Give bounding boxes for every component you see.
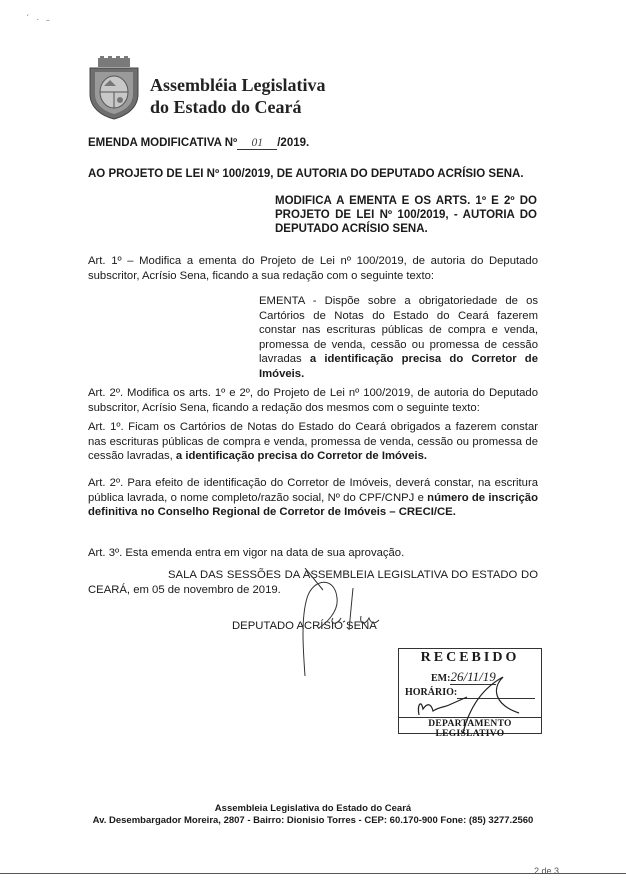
stamp-signature-icon bbox=[399, 649, 541, 733]
ementa-text: EMENTA - Dispõe sobre a obrigatoriedade … bbox=[259, 294, 538, 381]
new-article-1-bold: a identificação precisa do Corretor de I… bbox=[176, 450, 427, 462]
received-stamp: RECEBIDO EM:26/11/19 HORÁRIO: DEPARTAMEN… bbox=[398, 648, 542, 734]
amendment-number: 01 bbox=[237, 137, 277, 150]
footer-institution: Assembleia Legislativa do Estado do Cear… bbox=[0, 803, 626, 814]
new-article-2: Art. 2º. Para efeito de identificação do… bbox=[88, 476, 538, 520]
page-number: 2 de 3 bbox=[534, 866, 559, 876]
scan-marks: ˊ · ˗ bbox=[26, 14, 52, 25]
institution-name: Assembléia Legislativa do Estado do Cear… bbox=[150, 74, 326, 118]
footer-rule bbox=[0, 873, 626, 874]
document-summary: MODIFICA A EMENTA E OS ARTS. 1º E 2º DO … bbox=[275, 194, 537, 236]
title-suffix: /2019. bbox=[277, 137, 309, 149]
article-2: Art. 2º. Modifica os arts. 1º e 2º, do P… bbox=[88, 386, 538, 415]
footer-address: Av. Desembargador Moreira, 2807 - Bairro… bbox=[0, 815, 626, 826]
ceara-coat-of-arms-icon bbox=[86, 56, 142, 120]
document-subtitle: AO PROJETO DE LEI Nº 100/2019, DE AUTORI… bbox=[88, 168, 524, 180]
document-title: EMENDA MODIFICATIVA Nº01/2019. bbox=[88, 137, 309, 150]
new-article-1: Art. 1º. Ficam os Cartórios de Notas do … bbox=[88, 420, 538, 464]
article-3: Art. 3º. Esta emenda entra em vigor na d… bbox=[88, 546, 538, 561]
institution-line1: Assembléia Legislativa bbox=[150, 74, 326, 96]
institution-line2: do Estado do Ceará bbox=[150, 96, 326, 118]
handwritten-signature-icon bbox=[295, 568, 405, 678]
title-prefix: EMENDA MODIFICATIVA Nº bbox=[88, 137, 237, 149]
article-1: Art. 1º – Modifica a ementa do Projeto d… bbox=[88, 254, 538, 283]
